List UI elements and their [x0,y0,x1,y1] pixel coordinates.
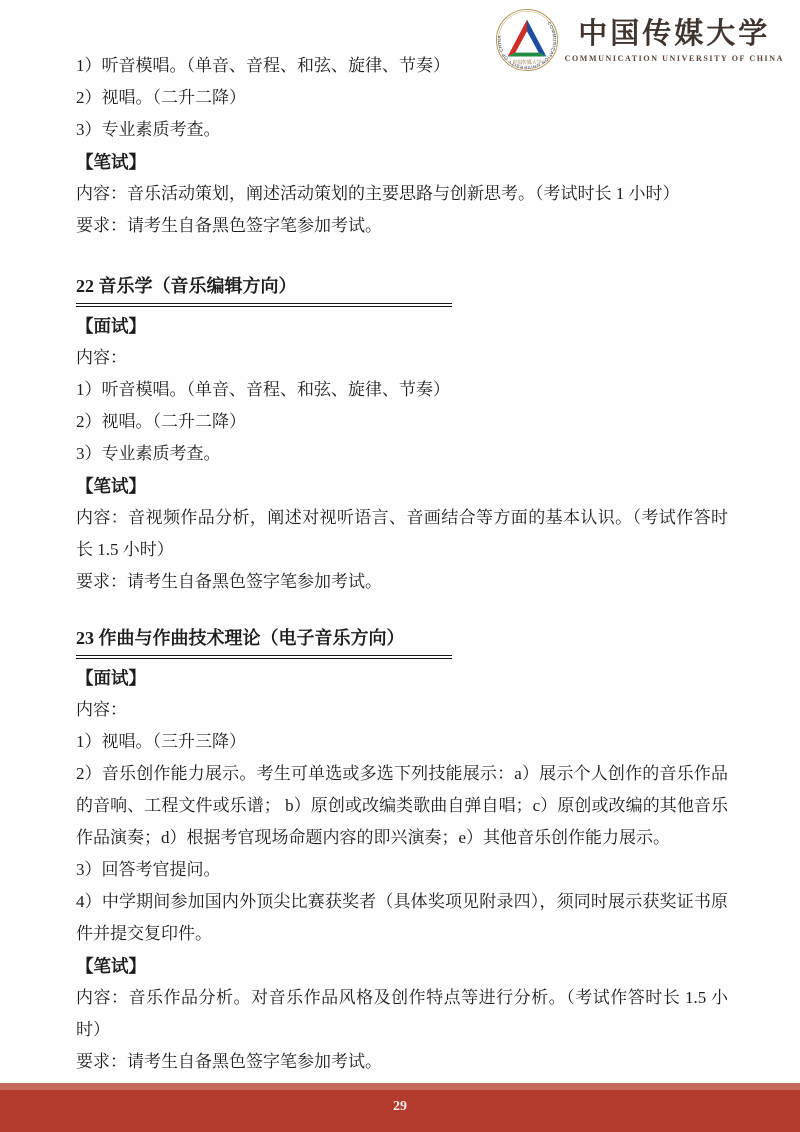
page-number: 29 [0,1099,800,1115]
paragraph: 要求：请考生自备黑色签字笔参加考试。 [76,566,728,598]
paragraph: 要求：请考生自备黑色签字笔参加考试。 [76,210,728,242]
university-name-zh: 中国传媒大学 [578,17,770,51]
document-content: 1）听音模唱。（单音、音程、和弦、旋律、节奏） 2）视唱。（二升二降） 3）专业… [76,50,728,1078]
list-item: 4）中学期间参加国内外顶尖比赛获奖者（具体奖项见附录四），须同时展示获奖证书原件… [76,886,728,950]
list-item: 1）听音模唱。（单音、音程、和弦、旋律、节奏） [76,50,728,82]
paragraph: 要求：请考生自备黑色签字笔参加考试。 [76,1046,728,1078]
list-item: 2）视唱。（二升二降） [76,82,728,114]
list-item: 1）听音模唱。（单音、音程、和弦、旋律、节奏） [76,374,728,406]
exam-type-label: 【笔试】 [76,950,728,982]
section-title-22: 22 音乐学（音乐编辑方向） [76,271,452,307]
paragraph: 内容： [76,694,728,726]
list-item: 2）音乐创作能力展示。考生可单选或多选下列技能展示：a）展示个人创作的音乐作品的… [76,758,728,854]
footer-accent-strip [0,1083,800,1090]
exam-type-label: 【笔试】 [76,146,728,178]
list-item: 3）回答考官提问。 [76,854,728,886]
footer-bar: 29 [0,1083,800,1132]
exam-type-label: 【面试】 [76,662,728,694]
paragraph: 内容：音乐活动策划，阐述活动策划的主要思路与创新思考。（考试时长 1 小时） [76,178,728,210]
list-item: 2）视唱。（二升二降） [76,406,728,438]
document-page: COMMUNICATION UNIVERSITY OF CHINA 中国传媒大学… [0,0,800,1132]
paragraph: 内容：音乐作品分析。对音乐作品风格及创作特点等进行分析。（考试作答时长 1.5 … [76,982,728,1046]
exam-type-label: 【面试】 [76,310,728,342]
list-item: 3）专业素质考查。 [76,438,728,470]
paragraph: 内容：音视频作品分析，阐述对视听语言、音画结合等方面的基本认识。（考试作答时长 … [76,502,728,566]
list-item: 3）专业素质考查。 [76,114,728,146]
exam-type-label: 【笔试】 [76,470,728,502]
paragraph: 内容： [76,342,728,374]
list-item: 1）视唱。（三升三降） [76,726,728,758]
section-title-23: 23 作曲与作曲技术理论（电子音乐方向） [76,623,452,659]
